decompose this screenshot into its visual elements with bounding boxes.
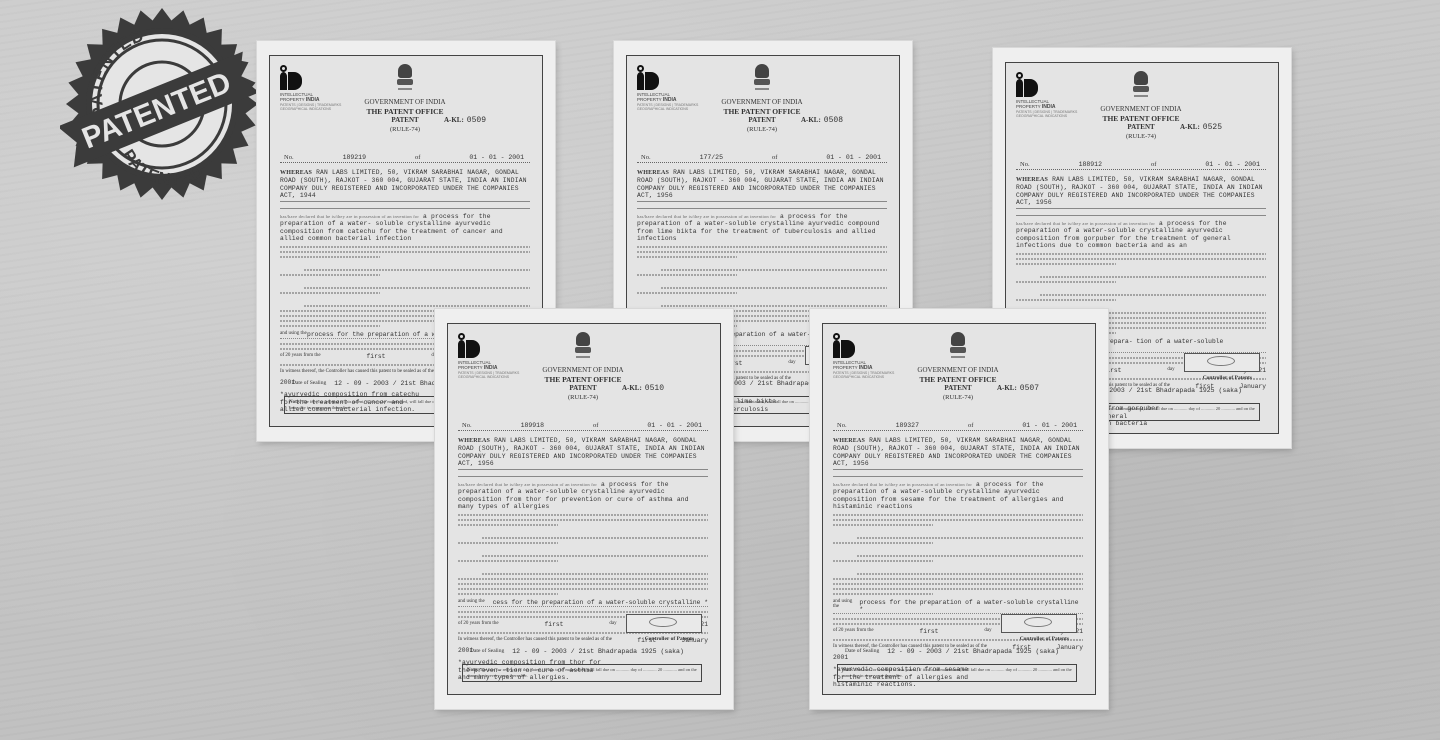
ip-logo-icon (280, 70, 350, 90)
akl-number: A-KL:0507 (997, 384, 1039, 393)
patent-certificate-0510: INTELLECTUALPROPERTY INDIA PATENTS | DES… (435, 309, 733, 709)
national-emblem-icon (949, 332, 967, 360)
controller-label: Controller of Patents (645, 636, 694, 642)
whereas-clause: WHEREAS RAN LABS LIMITED, 50, VIKRAM SAR… (458, 437, 708, 470)
using-clause: and using theprocess for the preparation… (833, 599, 1083, 614)
ip-logo-icon (833, 338, 903, 358)
renewal-note: Note: The fees for renewal of this paten… (462, 664, 702, 682)
controller-signature (626, 614, 702, 633)
patent-certificate-0507: INTELLECTUALPROPERTY INDIA PATENTS | DES… (810, 309, 1108, 709)
date-of-sealing: Date of Sealing12 - 09 - 2003 / 21st Bha… (845, 648, 1083, 655)
controller-signature (1001, 614, 1077, 633)
invention-title: has/have declared that he is/they are in… (833, 481, 1083, 510)
national-emblem-icon (753, 64, 771, 92)
invention-title: has/have declared that he is/they are in… (1016, 220, 1266, 249)
invention-title: has/have declared that he is/they are in… (637, 213, 887, 242)
using-clause: and using thecess for the preparation of… (458, 599, 708, 607)
whereas-clause: WHEREAS RAN LABS LIMITED, 50, VIKRAM SAR… (637, 169, 887, 202)
patent-number-row: No. 189918 of 01 - 01 - 2001 (458, 422, 708, 431)
certificate-border: INTELLECTUALPROPERTY INDIA PATENTS | DES… (447, 323, 721, 695)
certificate-titles: GOVERNMENT OF INDIA THE PATENT OFFICE PA… (1016, 105, 1266, 141)
controller-label: Controller of Patents (1203, 375, 1252, 381)
ip-logo-icon (458, 338, 528, 358)
akl-number: A-KL:0509 (444, 116, 486, 125)
renewal-note: Note: The fees for renewal of this paten… (837, 664, 1077, 682)
patent-number-row: No. 188912 of 01 - 01 - 2001 (1016, 161, 1266, 170)
whereas-clause: WHEREAS RAN LABS LIMITED, 50, VIKRAM SAR… (833, 437, 1083, 470)
akl-number: A-KL:0508 (801, 116, 843, 125)
patented-stamp: PATENTED PATENTED PATENTED (60, 4, 264, 204)
certificate-border: INTELLECTUALPROPERTY INDIA PATENTS | DES… (822, 323, 1096, 695)
date-of-sealing: Date of Sealing12 - 09 - 2003 / 21st Bha… (470, 648, 708, 655)
invention-title: has/have declared that he is/they are in… (458, 481, 708, 510)
certificate-titles: GOVERNMENT OF INDIA THE PATENT OFFICE PA… (280, 98, 530, 134)
national-emblem-icon (574, 332, 592, 360)
controller-signature (1184, 353, 1260, 372)
national-emblem-icon (396, 64, 414, 92)
whereas-clause: WHEREAS RAN LABS LIMITED, 50, VIKRAM SAR… (280, 169, 530, 202)
patent-number-row: No. 189219 of 01 - 01 - 2001 (280, 154, 530, 163)
certificate-titles: GOVERNMENT OF INDIA THE PATENT OFFICE PA… (458, 366, 708, 402)
body-text (458, 514, 708, 595)
whereas-clause: WHEREAS RAN LABS LIMITED, 50, VIKRAM SAR… (1016, 176, 1266, 209)
invention-title: has/have declared that he is/they are in… (280, 213, 530, 242)
akl-number: A-KL:0525 (1180, 123, 1222, 132)
certificate-titles: GOVERNMENT OF INDIA THE PATENT OFFICE PA… (833, 366, 1083, 402)
certificate-titles: GOVERNMENT OF INDIA THE PATENT OFFICE PA… (637, 98, 887, 134)
controller-label: Controller of Patents (1020, 636, 1069, 642)
body-text (833, 514, 1083, 595)
patent-number-row: No. 189327 of 01 - 01 - 2001 (833, 422, 1083, 431)
ip-logo-icon (1016, 77, 1086, 97)
akl-number: A-KL:0510 (622, 384, 664, 393)
ip-logo-icon (637, 70, 707, 90)
patent-number-row: No. 177/25 of 01 - 01 - 2001 (637, 154, 887, 163)
national-emblem-icon (1132, 71, 1150, 99)
